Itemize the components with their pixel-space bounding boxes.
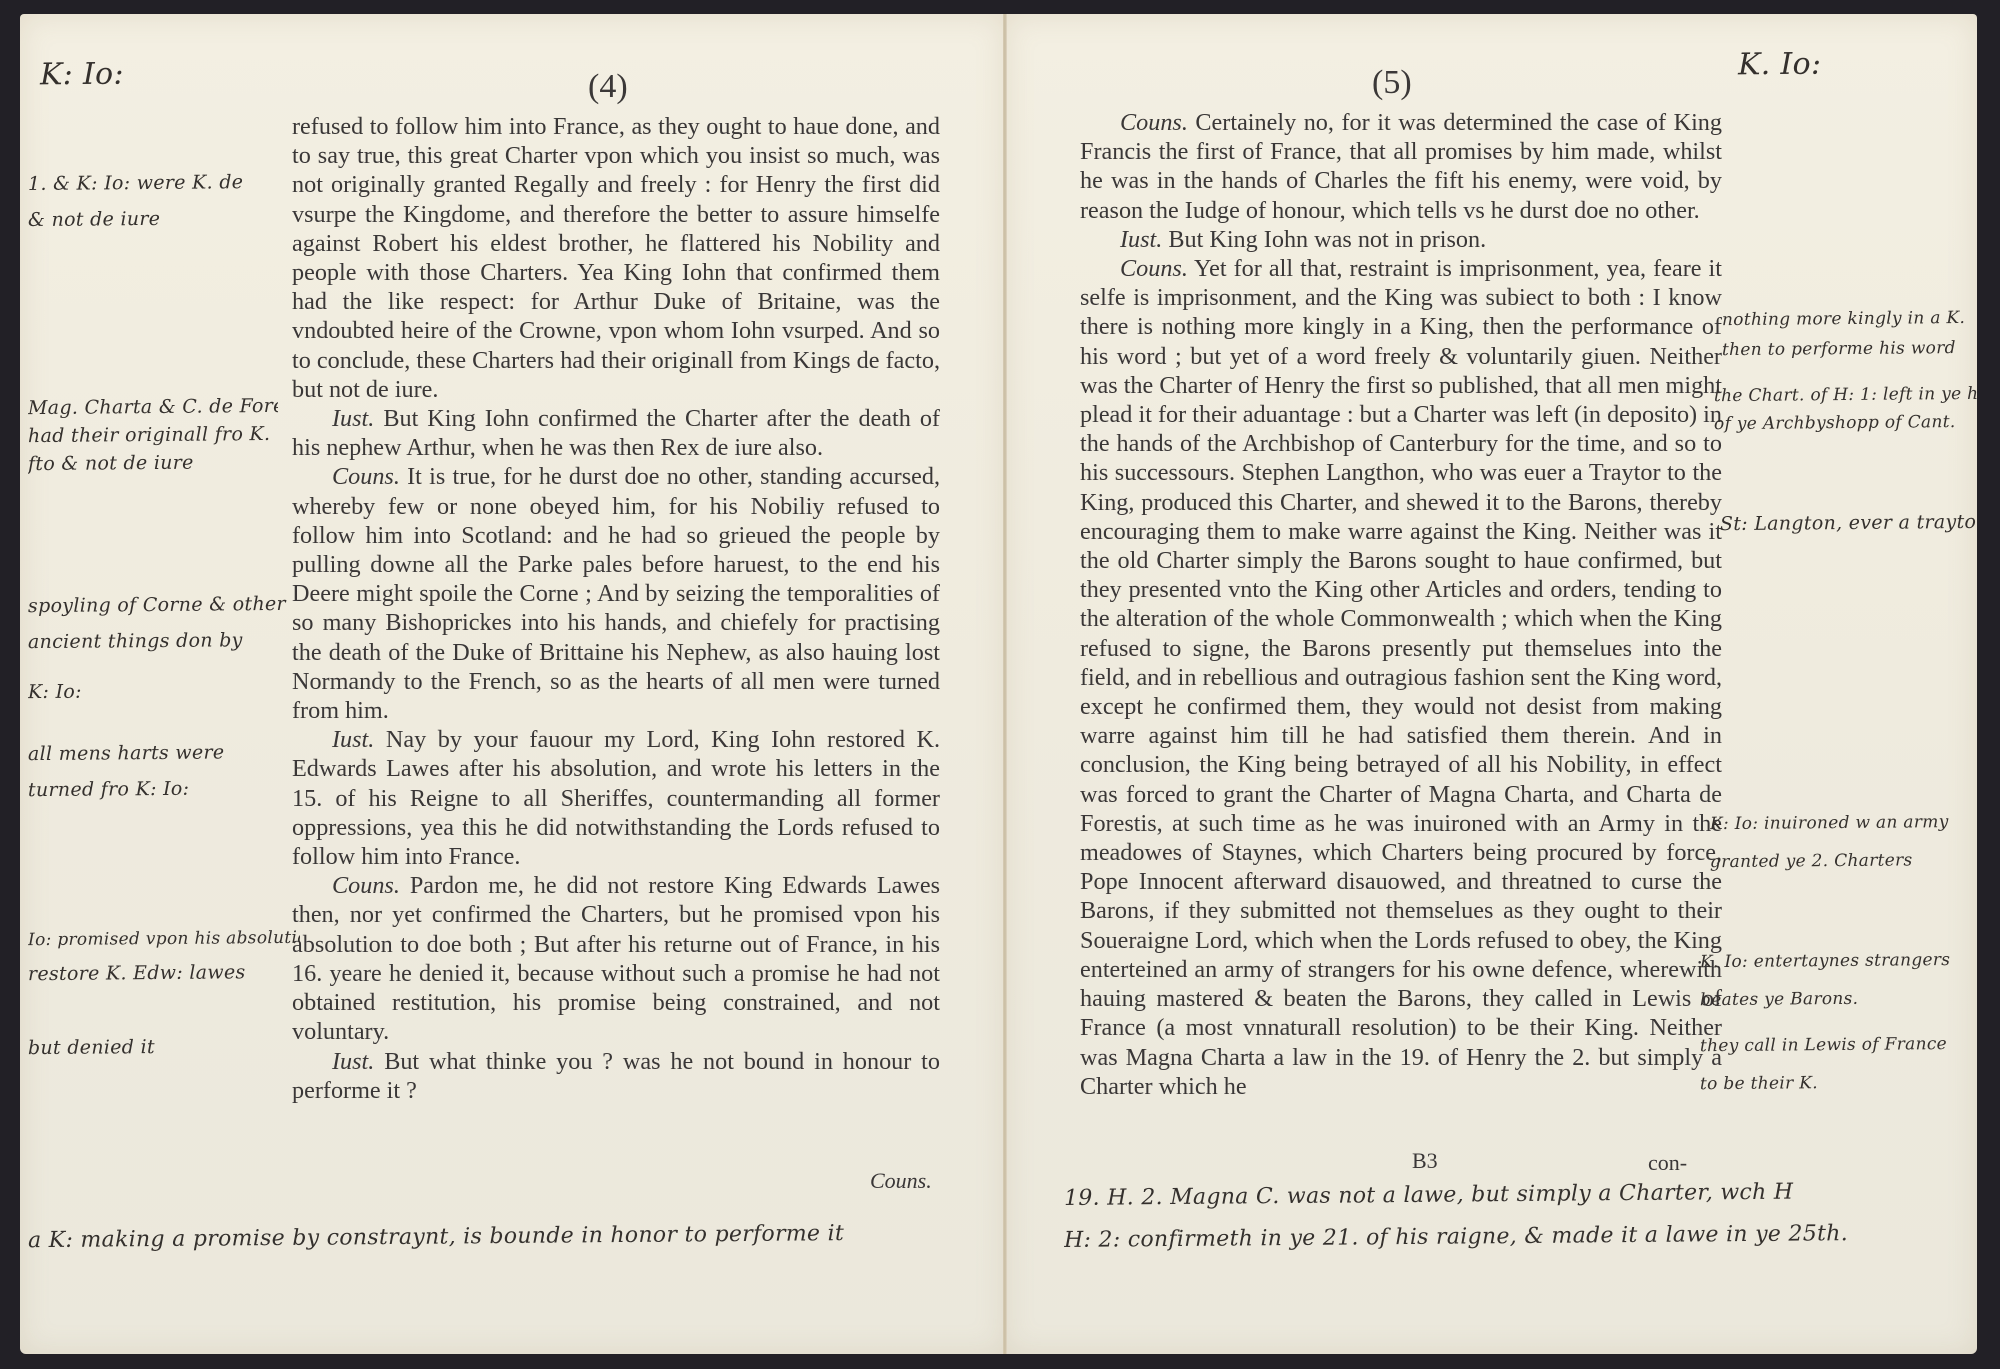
paragraph: Couns. It is true, for he durst doe no o…	[292, 462, 940, 725]
left-page-body: refused to follow him into France, as th…	[292, 112, 940, 1105]
speaker-label: Iust.	[332, 405, 374, 432]
speaker-label: Couns.	[332, 463, 400, 490]
margin-note: then to performe his word	[1722, 333, 1977, 365]
speaker-label: Iust.	[332, 1048, 374, 1075]
margin-note: turned fro K: Io:	[28, 773, 288, 805]
margin-note: K. Io:	[1738, 50, 1822, 81]
margin-note: they call in Lewis of France	[1700, 1029, 1977, 1061]
right-page-body: Couns. Certainely no, for it was determi…	[1080, 108, 1722, 1101]
paragraph: Iust. But King Iohn confirmed the Charte…	[292, 404, 940, 462]
speaker-label: Iust.	[332, 726, 374, 753]
margin-note: nothing more kingly in a K.	[1722, 303, 1977, 335]
margin-note: K: Io: inuironed w an army	[1710, 807, 1977, 839]
margin-note: restore K. Edw: lawes	[28, 957, 300, 989]
left-catchword: Couns.	[870, 1168, 932, 1194]
paragraph: Iust. Nay by your fauour my Lord, King I…	[292, 725, 940, 871]
paragraph: Couns. Yet for all that, restraint is im…	[1080, 254, 1722, 1101]
paragraph: Iust. But what thinke you ? was he not b…	[292, 1047, 940, 1105]
speaker-label: Iust.	[1120, 226, 1162, 253]
left-page-number: (4)	[588, 68, 628, 106]
margin-note: fto & not de iure	[28, 447, 278, 479]
margin-note: spoyling of Corne & other	[28, 589, 288, 621]
margin-note: ancient things don by	[28, 625, 288, 657]
margin-note: St: Langton, ever a traytor	[1720, 507, 1977, 539]
speaker-label: Couns.	[1120, 109, 1188, 136]
signature-mark: B3	[1412, 1148, 1438, 1174]
margin-note: & not de iure	[28, 203, 263, 235]
margin-note: all mens harts were	[28, 737, 288, 769]
margin-note: K: Io:	[28, 675, 288, 707]
paragraph: Couns. Certainely no, for it was determi…	[1080, 108, 1722, 225]
margin-note: Io: promised vpon his absolution	[28, 923, 300, 955]
paragraph: Iust. But King Iohn was not in prison.	[1080, 225, 1722, 254]
book-gutter	[1003, 14, 1007, 1354]
margin-note: 1. & K: Io: were K. de	[28, 167, 263, 199]
paragraph: refused to follow him into France, as th…	[292, 112, 940, 404]
margin-note: to be their K.	[1700, 1067, 1977, 1099]
speaker-label: Couns.	[332, 872, 400, 899]
right-page-number: (5)	[1372, 64, 1412, 102]
margin-note: K. Io: entertaynes strangers	[1700, 945, 1977, 977]
margin-note: K: Io:	[40, 60, 124, 91]
speaker-label: Couns.	[1120, 255, 1188, 282]
margin-note: of ye Archbyshopp of Cant.	[1714, 407, 1977, 439]
paragraph: Couns. Pardon me, he did not restore Kin…	[292, 871, 940, 1046]
right-catchword: con-	[1648, 1150, 1687, 1176]
margin-note: granted ye 2. Charters	[1710, 845, 1977, 877]
margin-note: but denied it	[28, 1031, 288, 1063]
margin-note: beates ye Barons.	[1700, 983, 1977, 1015]
